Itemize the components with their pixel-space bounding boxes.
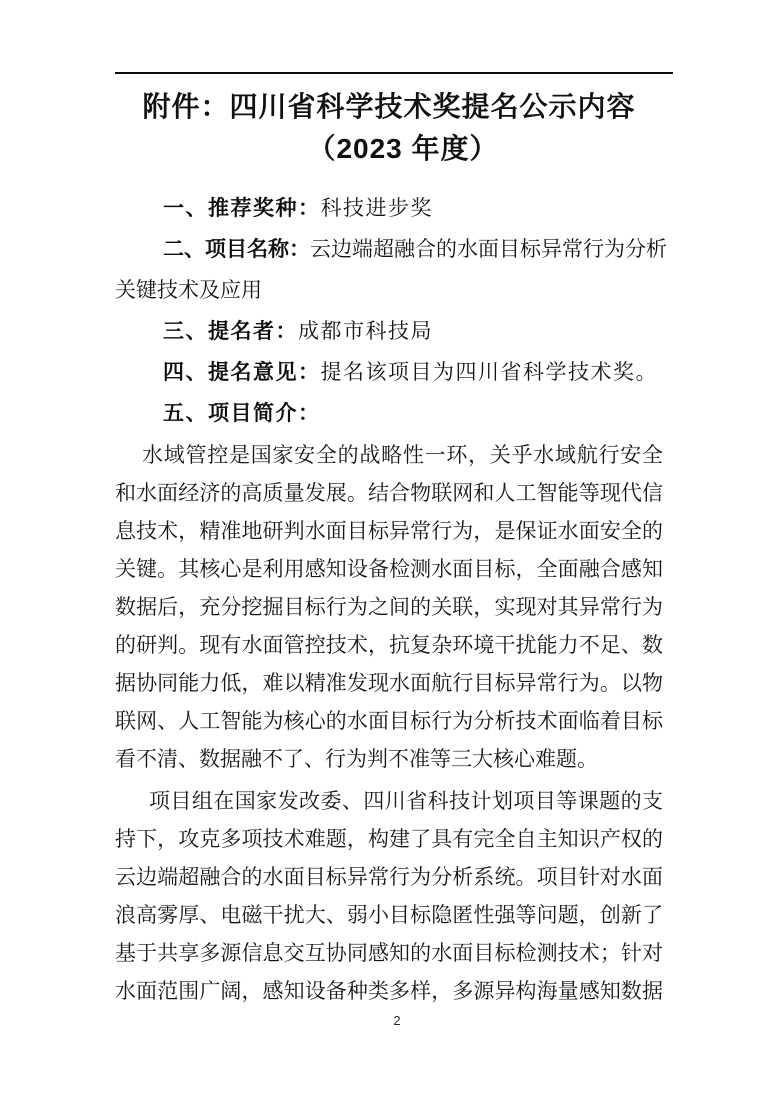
nominator-label: 三、提名者： [163, 320, 298, 343]
title-line-1: 附件：四川省科学技术奖提名公示内容 [115, 86, 663, 128]
text-line: 基于共享多源信息交互协同感知的水面目标检测技术；针对 [115, 935, 663, 973]
document-page: 附件：四川省科学技术奖提名公示内容 （2023 年度） 一、推荐奖种：科技进步奖… [0, 0, 779, 1105]
project-name-continuation: 关键技术及应用 [115, 270, 663, 311]
text-line: 云边端超融合的水面目标异常行为分析系统。项目针对水面 [115, 859, 663, 897]
text-line: 数据后，充分挖掘目标行为之间的关联，实现对其异常行为 [115, 589, 663, 627]
text-line: 项目组在国家发改委、四川省科技计划项目等课题的支 [115, 783, 663, 821]
project-name-value: 云边端超融合的水面目标异常行为分析 [310, 238, 667, 261]
project-summary-label: 五、项目简介： [163, 402, 321, 425]
document-title: 附件：四川省科学技术奖提名公示内容 （2023 年度） [115, 86, 663, 170]
text-line: 联网、人工智能为核心的水面目标行为分析技术面临着目标 [115, 703, 663, 741]
text-line: 关键。其核心是利用感知设备检测水面目标，全面融合感知 [115, 551, 663, 589]
text-line: 息技术，精准地研判水面目标异常行为，是保证水面安全的 [115, 513, 663, 551]
award-type-label: 一、推荐奖种： [163, 197, 321, 220]
section-award-type: 一、推荐奖种：科技进步奖 [115, 188, 663, 229]
title-line-2: （2023 年度） [115, 128, 663, 170]
header-rule [115, 72, 673, 74]
page-content: 附件：四川省科学技术奖提名公示内容 （2023 年度） 一、推荐奖种：科技进步奖… [115, 86, 663, 1011]
nomination-opinion-label: 四、提名意见： [163, 361, 321, 384]
summary-paragraph-1: 水域管控是国家安全的战略性一环，关乎水域航行安全 和水面经济的高质量发展。结合物… [115, 437, 663, 779]
section-nomination-opinion: 四、提名意见：提名该项目为四川省科学技术奖。 [115, 352, 663, 393]
project-name-label: 二、项目名称： [163, 238, 310, 261]
section-headings: 一、推荐奖种：科技进步奖 二、项目名称：云边端超融合的水面目标异常行为分析 关键… [115, 188, 663, 434]
text-line: 持下，攻克多项技术难题，构建了具有完全自主知识产权的 [115, 821, 663, 859]
text-line: 水域管控是国家安全的战略性一环，关乎水域航行安全 [115, 437, 663, 475]
award-type-value: 科技进步奖 [321, 197, 434, 220]
text-line: 水面范围广阔，感知设备种类多样，多源异构海量感知数据 [115, 973, 663, 1011]
text-line: 浪高雾厚、电磁干扰大、弱小目标隐匿性强等问题，创新了 [115, 897, 663, 935]
section-project-name: 二、项目名称：云边端超融合的水面目标异常行为分析 [115, 229, 663, 270]
summary-paragraph-2: 项目组在国家发改委、四川省科技计划项目等课题的支 持下，攻克多项技术难题，构建了… [115, 783, 663, 1011]
text-line: 的研判。现有水面管控技术，抗复杂环境干扰能力不足、数 [115, 627, 663, 665]
section-nominator: 三、提名者：成都市科技局 [115, 311, 663, 352]
page-number: 2 [115, 1013, 663, 1028]
nominator-value: 成都市科技局 [298, 320, 433, 343]
text-line: 据协同能力低，难以精准发现水面航行目标异常行为。以物 [115, 665, 663, 703]
nomination-opinion-value: 提名该项目为四川省科学技术奖。 [321, 361, 659, 384]
text-line: 看不清、数据融不了、行为判不准等三大核心难题。 [115, 741, 663, 779]
section-project-summary: 五、项目简介： [115, 393, 663, 434]
text-line: 和水面经济的高质量发展。结合物联网和人工智能等现代信 [115, 475, 663, 513]
